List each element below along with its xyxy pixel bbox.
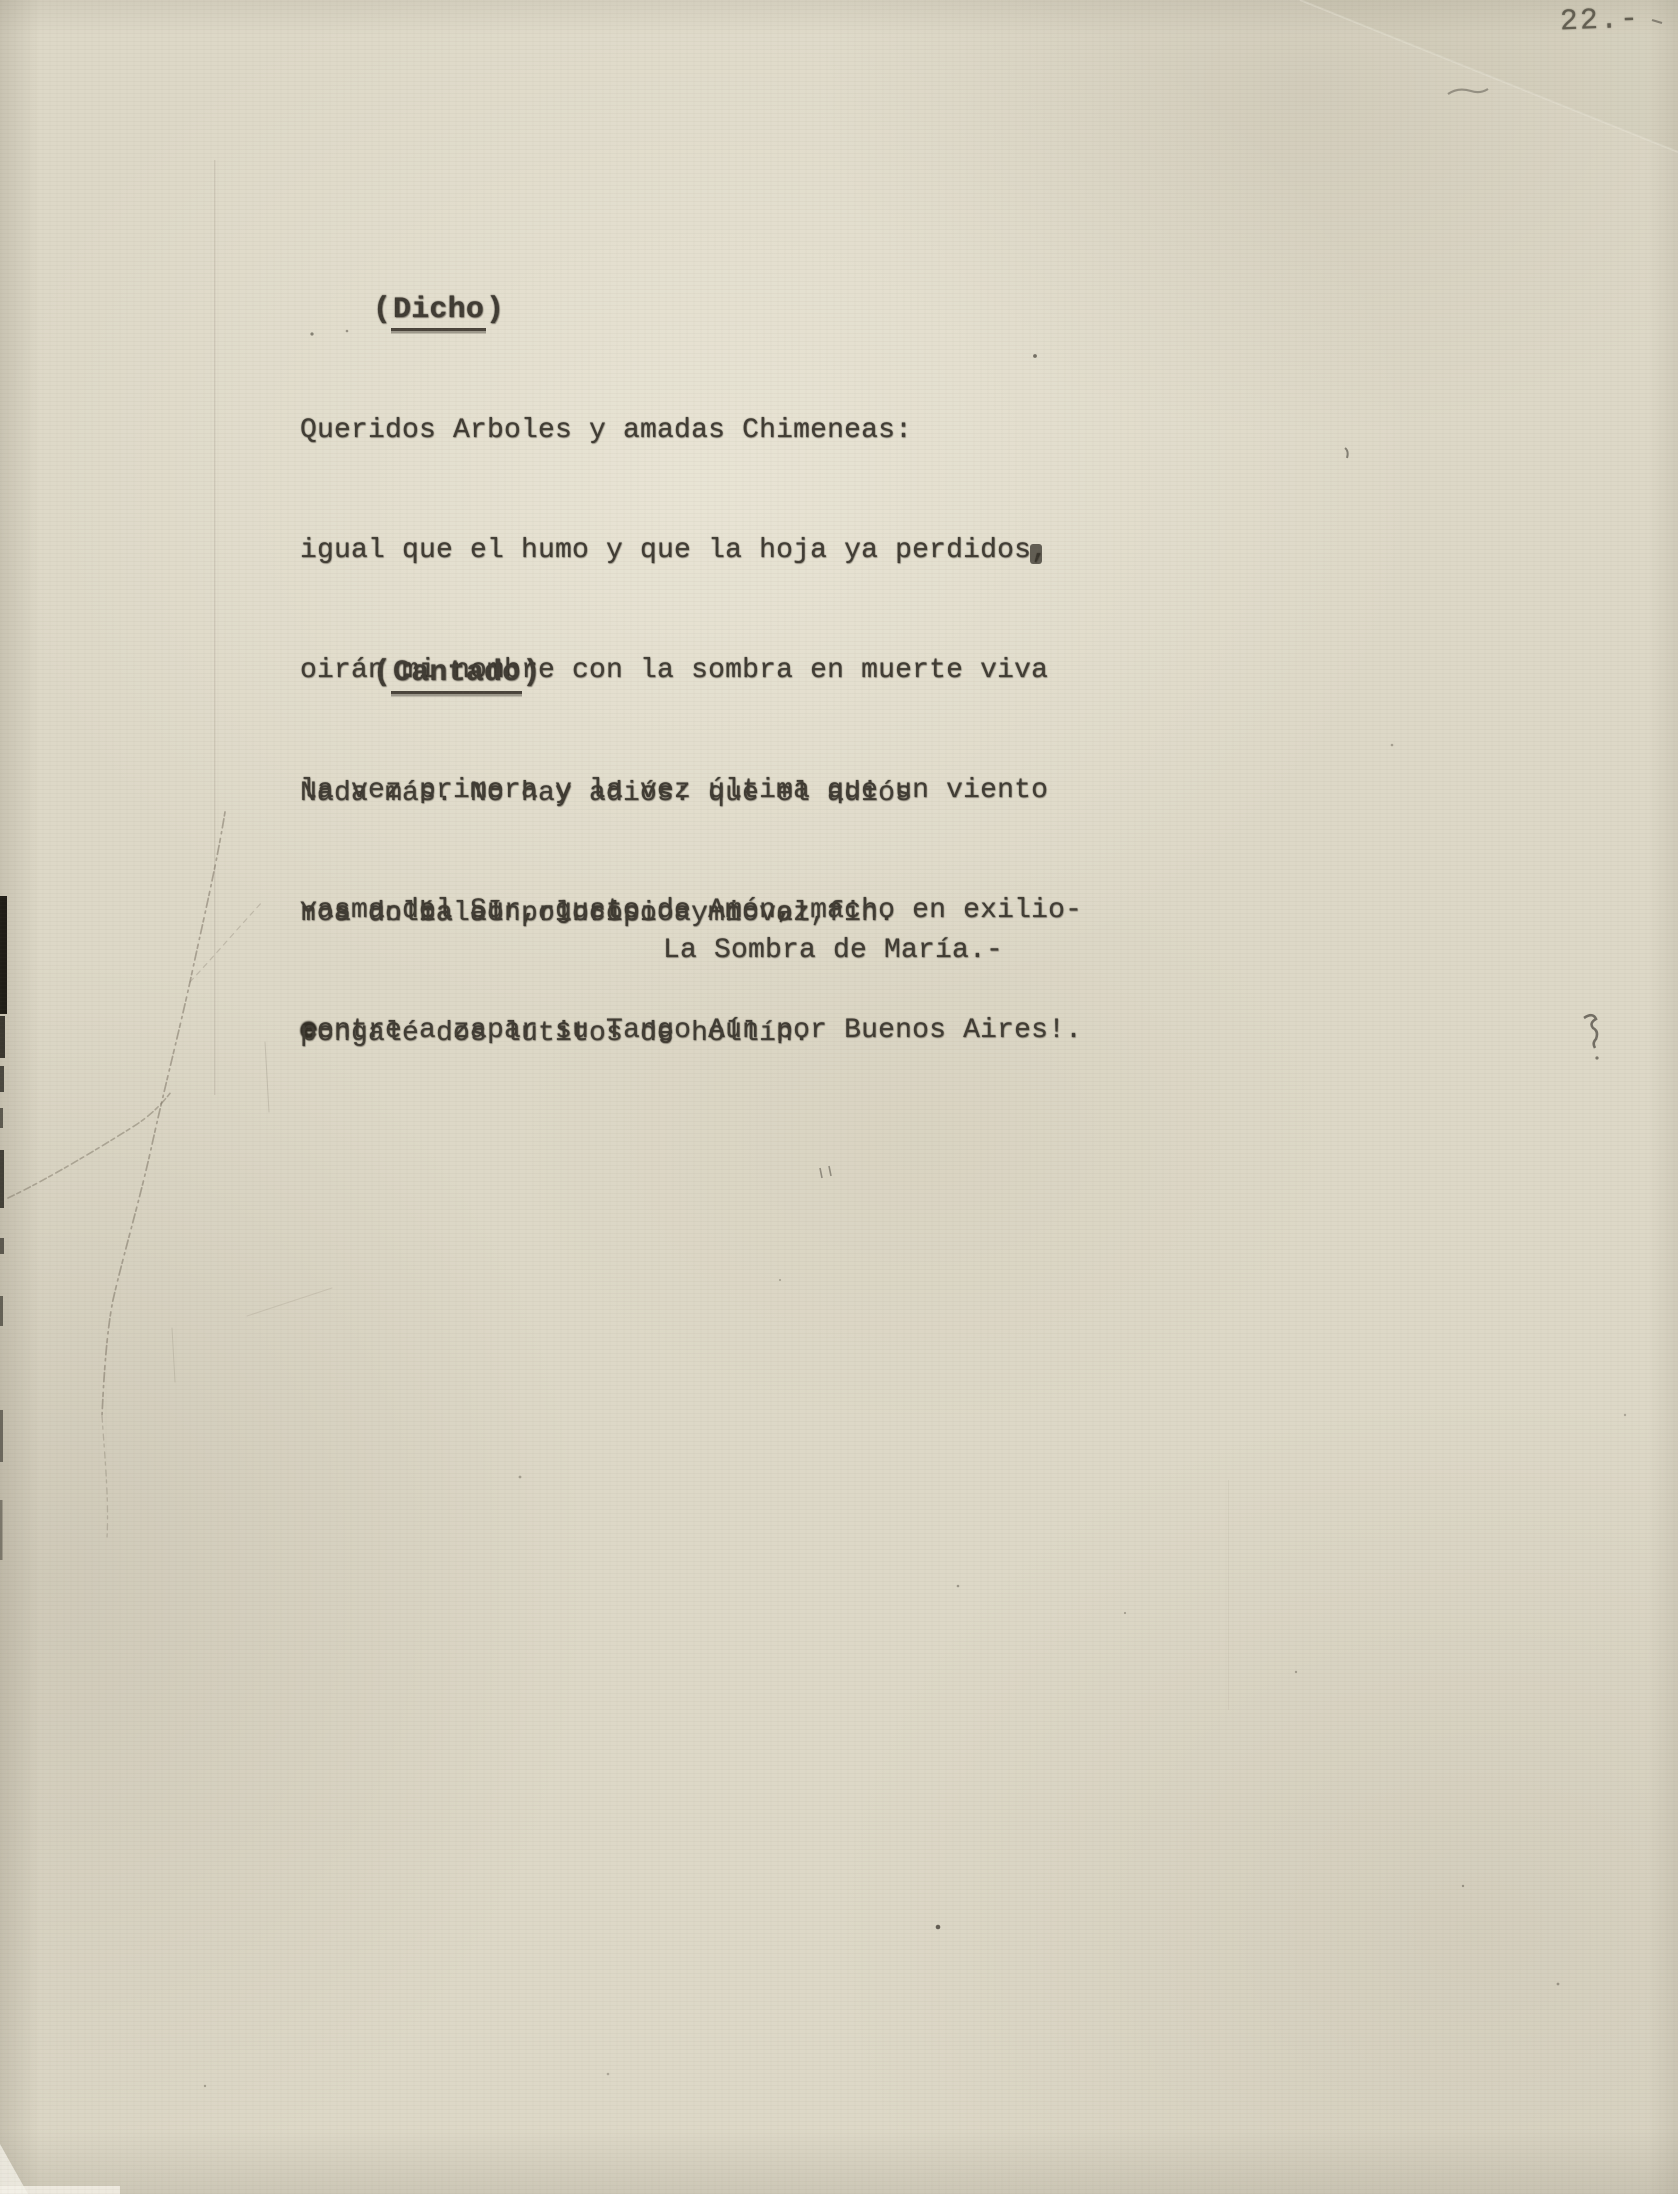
typescript-page: 22.- (Dicho) Queridos Arboles y amadas C… [0,0,1678,2194]
heading-paren-open: ( [373,293,391,327]
scan-edge-bottom-left [0,2144,120,2194]
page-number: 22.- [1559,2,1640,39]
poem-line: Y a un balcón oloroso a mi voz, [300,894,827,934]
paper-crease-lines [8,812,332,1538]
left-edge-marks [0,896,7,1560]
poem-line: igual que el humo y que la hoja ya perdi… [300,531,1082,571]
poem-line: Nada más. No hay adiós: que el adiós [300,774,912,814]
poem-line: Queridos Arboles y amadas Chimeneas: [300,411,1082,451]
heading-word-underlined: Cantado [391,656,522,694]
poem-line: pongalé dos lutitos de hollín. [300,1014,827,1054]
heading-paren-close: ) [486,293,504,327]
heading-paren-close: ) [522,656,540,690]
heading-paren-open: ( [373,656,391,690]
character-signature: La Sombra de María.- [663,931,1003,971]
heading-word-underlined: Dicho [391,293,486,331]
stanza-cantado-2: Y a un balcón oloroso a mi voz, pongalé … [300,814,827,1134]
